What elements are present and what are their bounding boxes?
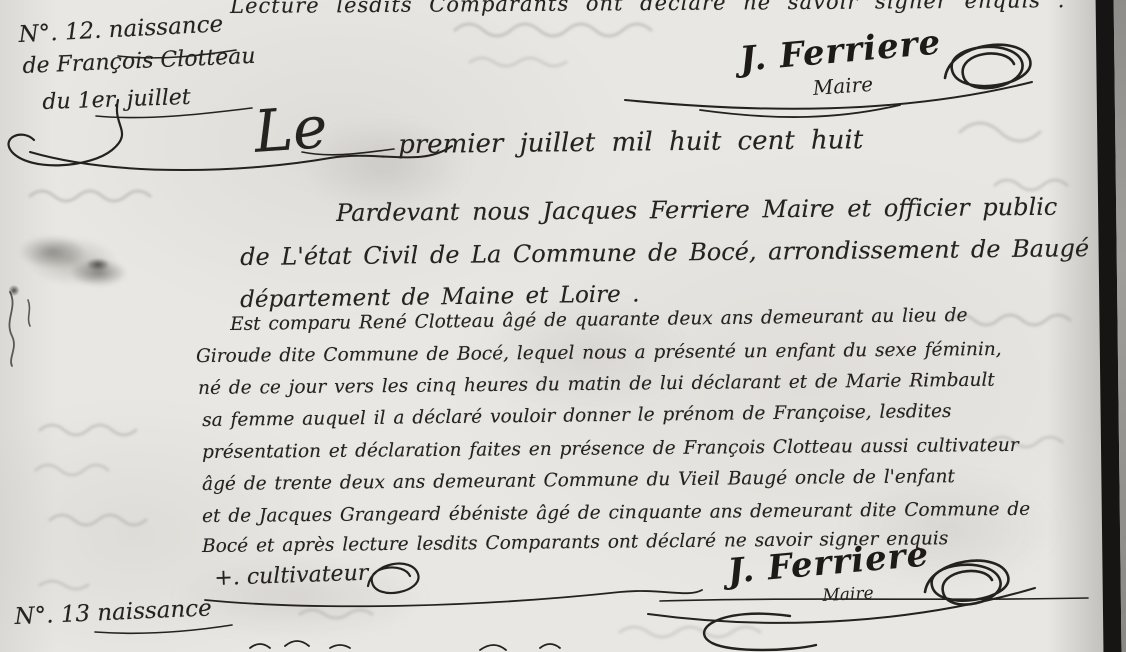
margin-note-record-number: N°. 12. naissance <box>18 11 224 48</box>
act-opening-initial: Le <box>252 93 329 166</box>
margin-note-child-name: de François Clotteau <box>22 44 256 79</box>
margin-note-date: du 1er. juillet <box>42 85 191 115</box>
act-preamble-line: Pardevant nous Jacques Ferriere Maire et… <box>336 193 1057 227</box>
left-edge-ink-squiggle <box>9 292 30 366</box>
act-opening-line: premier juillet mil huit cent huit <box>398 125 863 160</box>
ink-stain-small-dot <box>8 285 20 296</box>
margin-addition-cultivateur: +. cultivateur <box>214 561 369 591</box>
act-preamble-line: département de Maine et Loire . <box>240 281 640 313</box>
previous-act-closing-line: Lecture lesdits Comparants ont déclaré n… <box>230 0 1065 18</box>
mayor-signature-title-top: Maire <box>812 72 874 100</box>
act-body-line: né de ce jour vers les cinq heures du ma… <box>198 370 995 399</box>
act-body-line: sa femme auquel il a déclaré vouloir don… <box>202 401 952 431</box>
act-body-line: présentation et déclaration faites en pr… <box>202 435 1019 463</box>
act-body-line: Giroude dite Commune de Bocé, lequel nou… <box>196 339 1002 367</box>
mayor-signature-name-top: J. Ferriere <box>738 22 943 79</box>
act-preamble-line: de L'état Civil de La Commune de Bocé, a… <box>240 234 1089 271</box>
mayor-signature-title-bottom: Maire <box>822 583 874 606</box>
register-page-scan: Lecture lesdits Comparants ont déclaré n… <box>0 0 1126 652</box>
ink-stain-dot <box>86 258 110 271</box>
